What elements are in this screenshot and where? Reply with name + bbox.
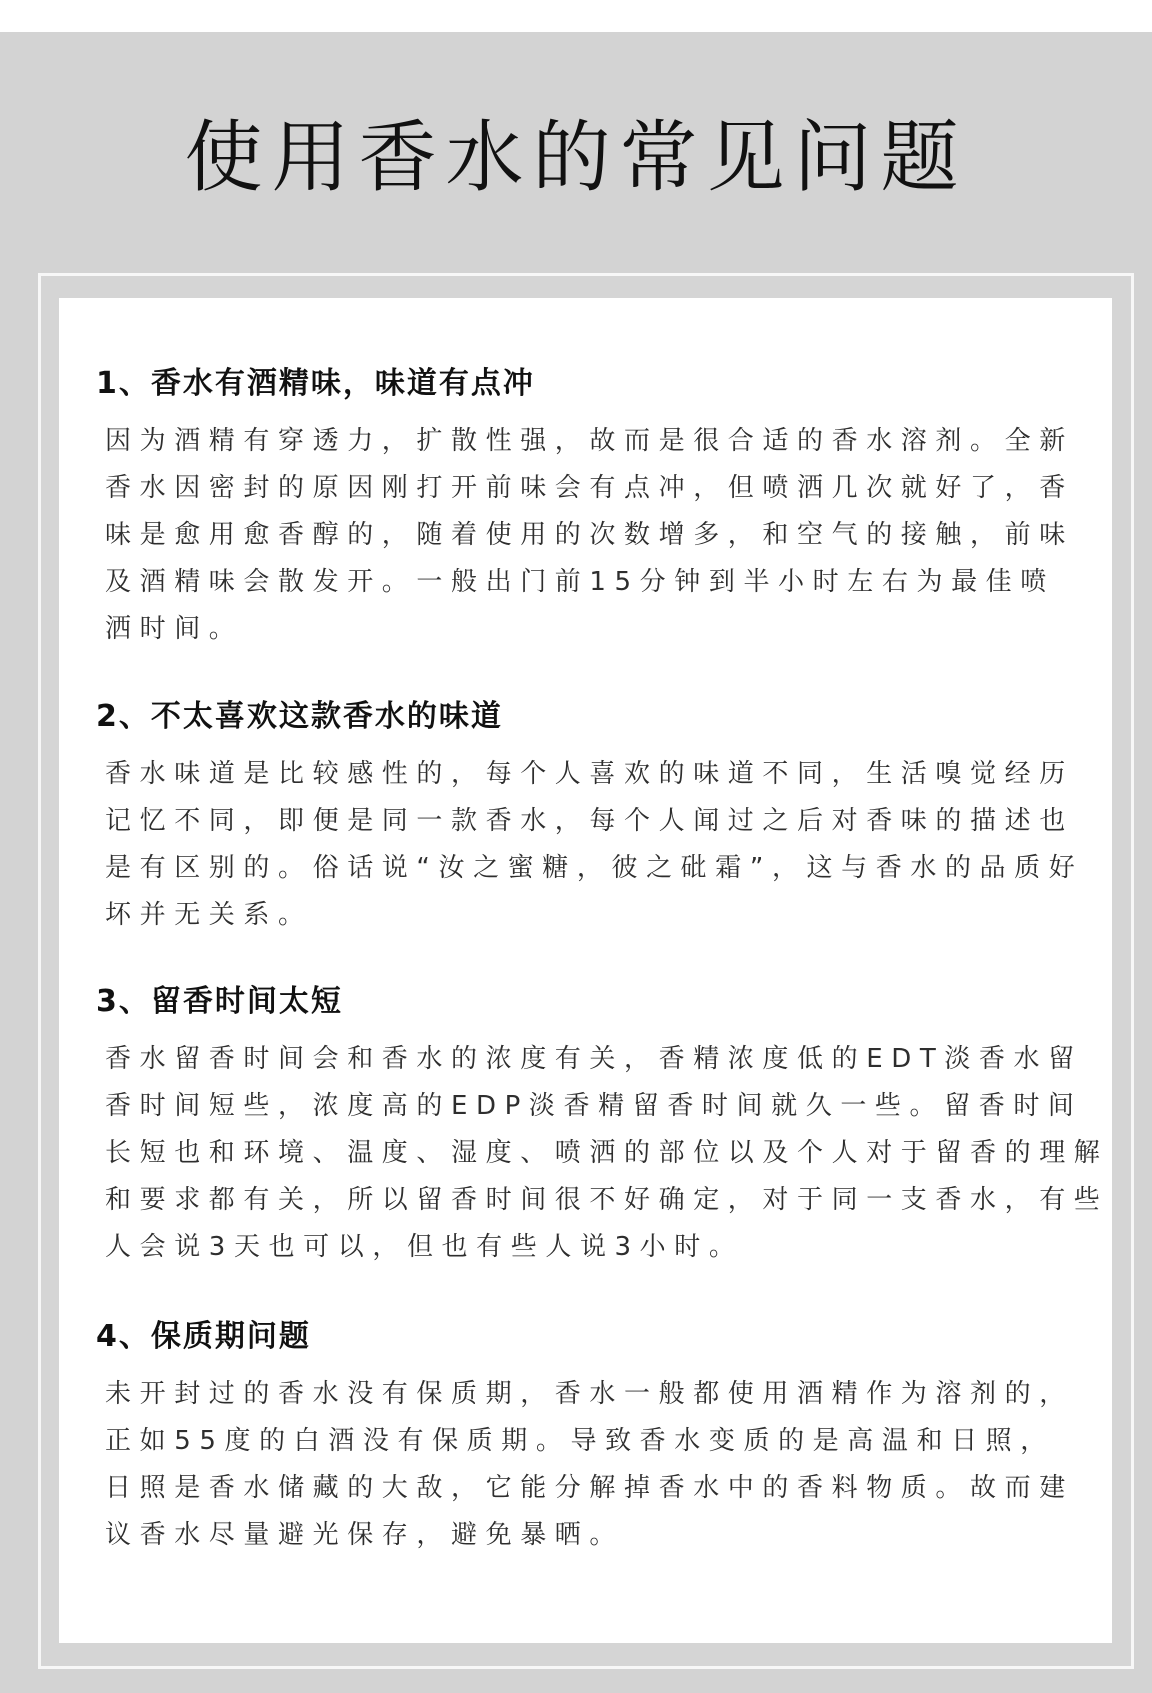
answer-line: 人会说3天也可以，但也有些人说3小时。 [105,1224,1108,1271]
answer-line: 议香水尽量避光保存，避免暴晒。 [105,1512,1074,1559]
answer-line: 香水因密封的原因刚打开前味会有点冲，但喷洒几次就好了，香 [105,465,1074,512]
faq-heading: 1、香水有酒精味，味道有点冲 [96,360,535,408]
answer-line: 因为酒精有穿透力，扩散性强，故而是很合适的香水溶剂。全新 [105,418,1074,465]
answer-line: 洒时间。 [105,606,1074,653]
faq-panel: 1、香水有酒精味，味道有点冲 因为酒精有穿透力，扩散性强，故而是很合适的香水溶剂… [59,298,1112,1643]
faq-heading: 4、保质期问题 [96,1313,311,1361]
answer-line: 正如55度的白酒没有保质期。导致香水变质的是高温和日照， [105,1418,1074,1465]
faq-heading: 2、不太喜欢这款香水的味道 [96,693,503,741]
answer-line: 香水留香时间会和香水的浓度有关，香精浓度低的EDT淡香水留 [105,1036,1108,1083]
answer-line: 是有区别的。俗话说“汝之蜜糖，彼之砒霜”，这与香水的品质好 [105,845,1083,892]
faq-answer: 香水留香时间会和香水的浓度有关，香精浓度低的EDT淡香水留 香时间短些，浓度高的… [105,1036,1108,1271]
answer-line: 坏并无关系。 [105,892,1083,939]
page-title: 使用香水的常见问题 [0,108,1152,208]
answer-line: 记忆不同，即便是同一款香水，每个人闻过之后对香味的描述也 [105,798,1083,845]
answer-line: 味是愈用愈香醇的，随着使用的次数增多，和空气的接触，前味 [105,512,1074,559]
answer-line: 长短也和环境、温度、湿度、喷洒的部位以及个人对于留香的理解 [105,1130,1108,1177]
answer-line: 及酒精味会散发开。一般出门前15分钟到半小时左右为最佳喷 [105,559,1074,606]
answer-line: 香水味道是比较感性的，每个人喜欢的味道不同，生活嗅觉经历 [105,751,1083,798]
answer-line: 未开封过的香水没有保质期，香水一般都使用酒精作为溶剂的， [105,1371,1074,1418]
faq-answer: 因为酒精有穿透力，扩散性强，故而是很合适的香水溶剂。全新 香水因密封的原因刚打开… [105,418,1074,653]
faq-heading: 3、留香时间太短 [96,978,343,1026]
answer-line: 香时间短些，浓度高的EDP淡香精留香时间就久一些。留香时间 [105,1083,1108,1130]
faq-answer: 未开封过的香水没有保质期，香水一般都使用酒精作为溶剂的， 正如55度的白酒没有保… [105,1371,1074,1559]
answer-line: 和要求都有关，所以留香时间很不好确定，对于同一支香水，有些 [105,1177,1108,1224]
answer-line: 日照是香水储藏的大敌，它能分解掉香水中的香料物质。故而建 [105,1465,1074,1512]
faq-answer: 香水味道是比较感性的，每个人喜欢的味道不同，生活嗅觉经历 记忆不同，即便是同一款… [105,751,1083,939]
